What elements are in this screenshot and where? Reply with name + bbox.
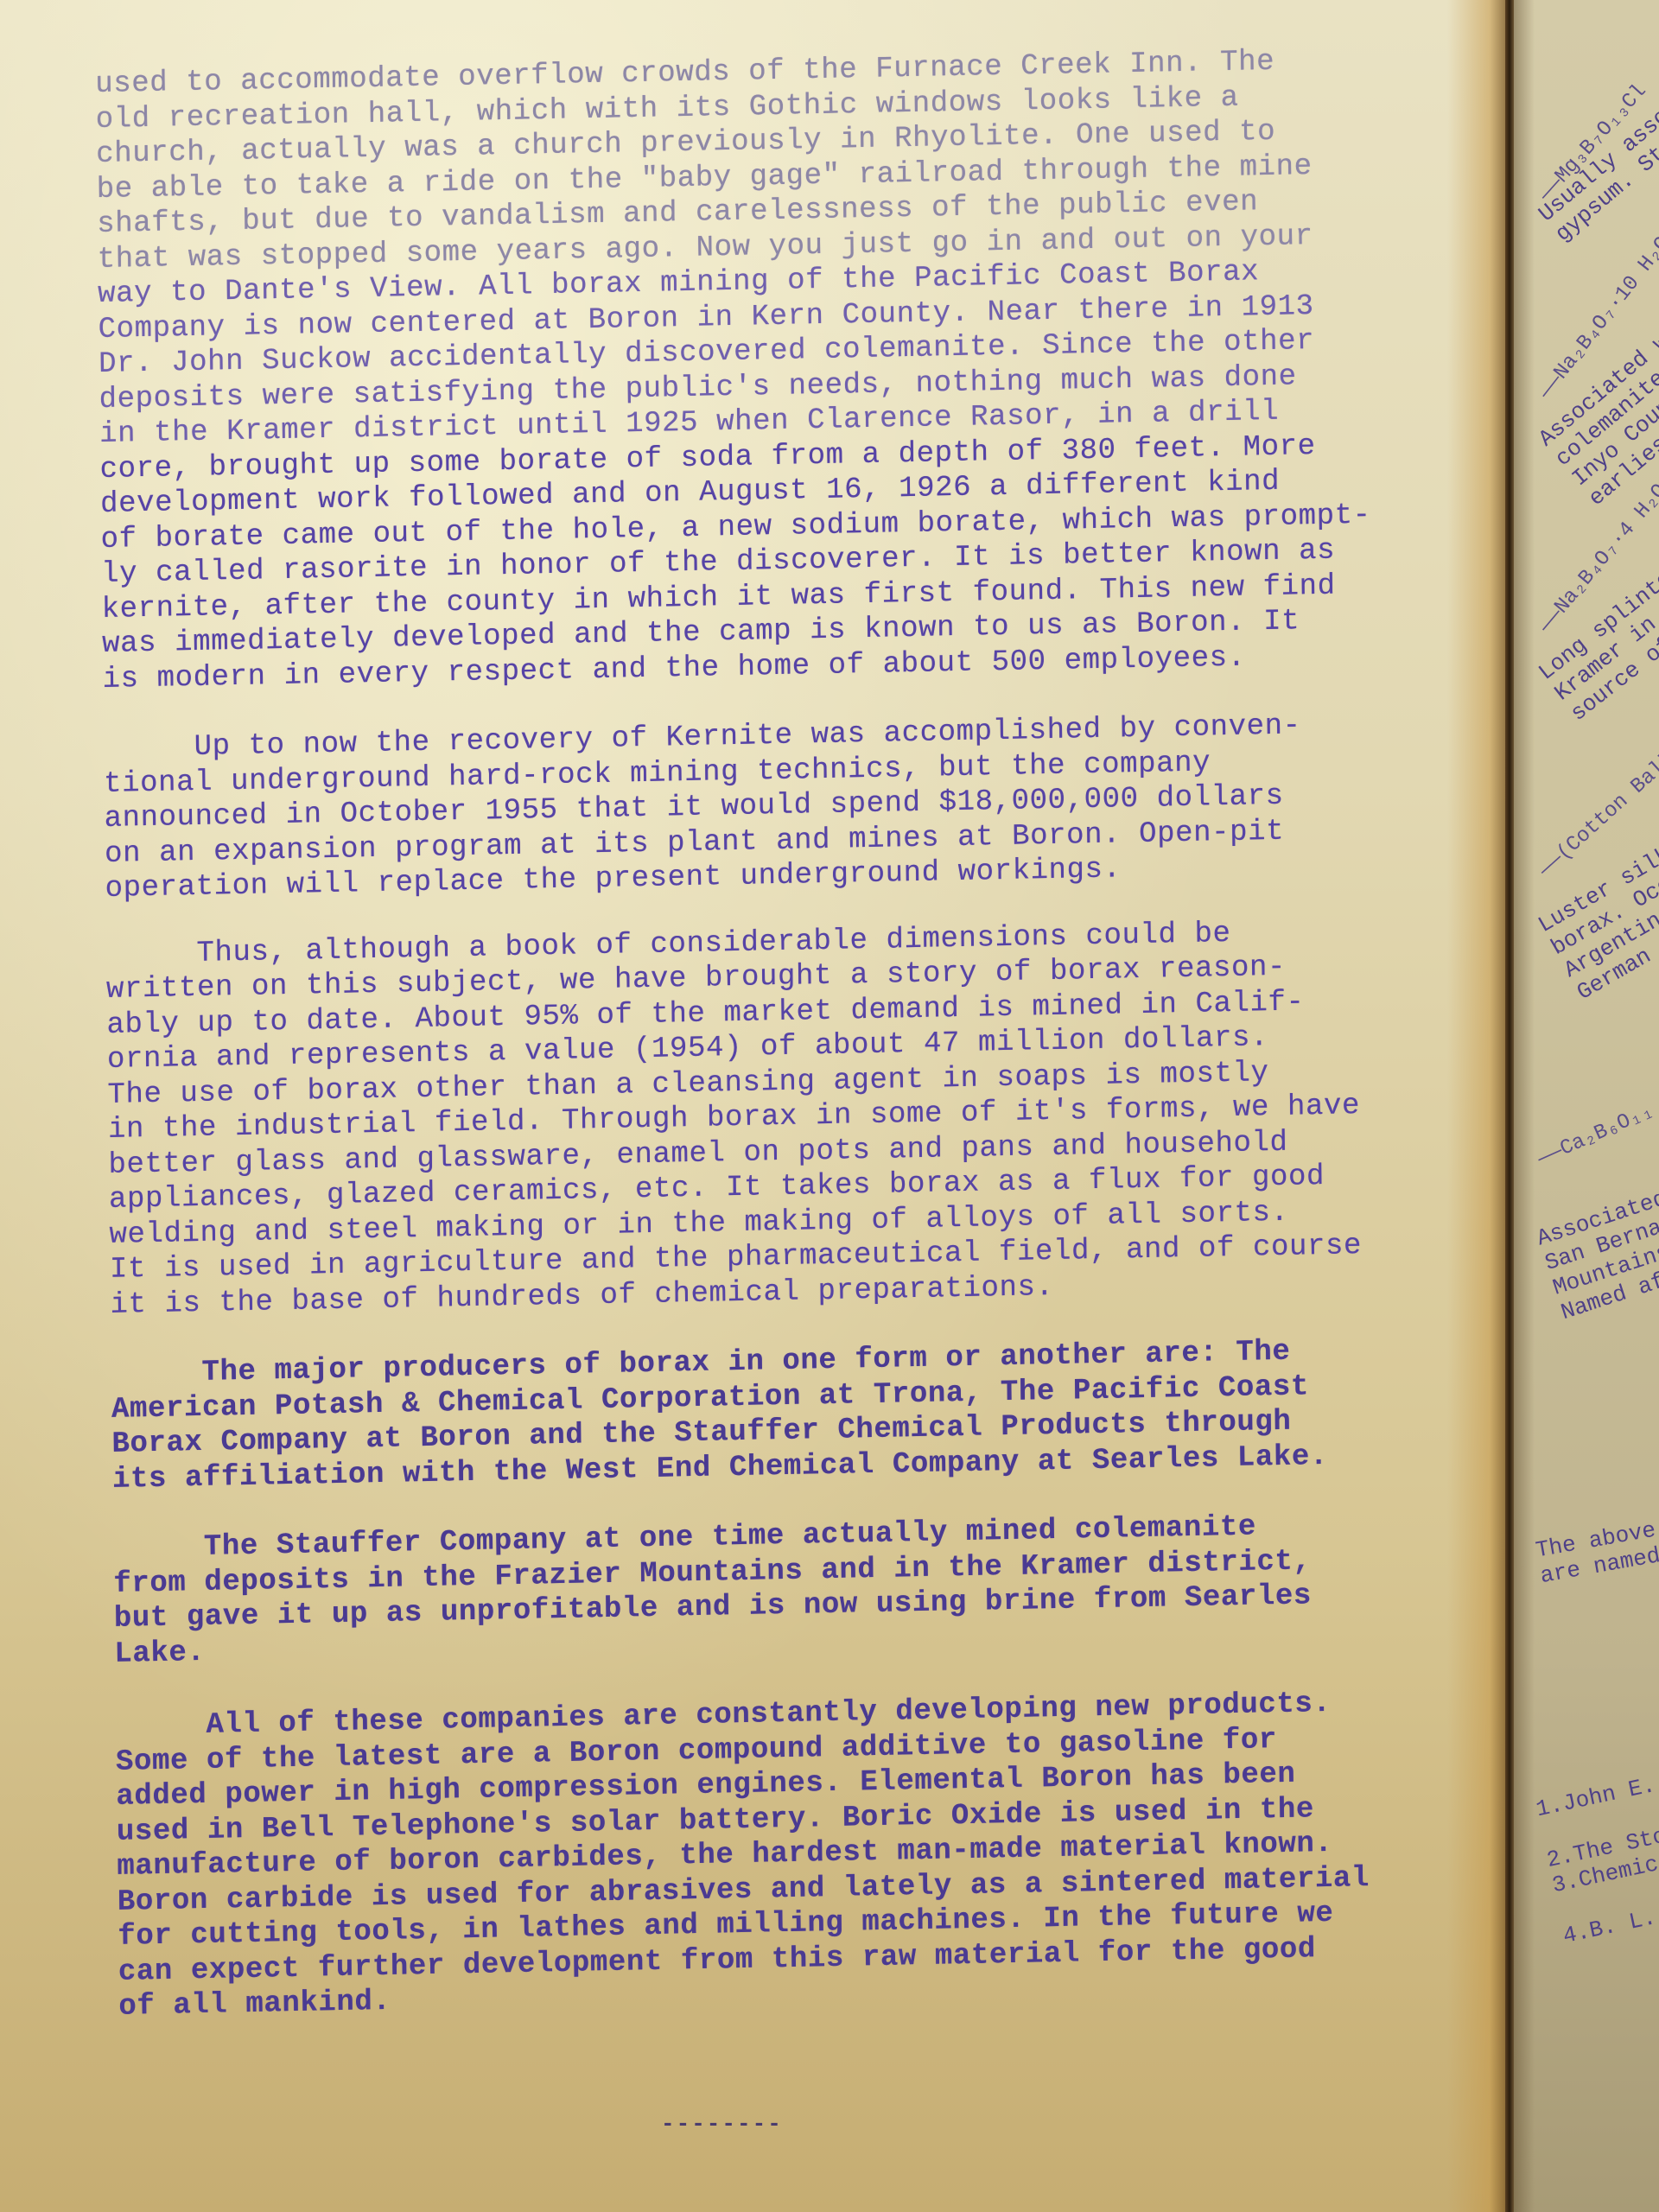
paragraph: Up to now the recovery of Kernite was ac… — [103, 705, 1487, 906]
book-gutter — [1505, 0, 1514, 2212]
paragraph: The major producers of borax in one form… — [111, 1331, 1495, 1497]
paragraph: used to accommodate overflow crowds of t… — [95, 41, 1485, 697]
paragraph: All of these companies are constantly de… — [115, 1683, 1501, 2024]
paragraph: Thus, although a book of considerable di… — [105, 912, 1492, 1323]
end-ornament: -------- — [661, 2111, 783, 2137]
photographed-open-booklet: used to accommodate overflow crowds of t… — [0, 0, 1659, 2212]
paragraph: The Stauffer Company at one time actuall… — [113, 1505, 1497, 1672]
typewritten-body-text: used to accommodate overflow crowds of t… — [95, 41, 1502, 2059]
